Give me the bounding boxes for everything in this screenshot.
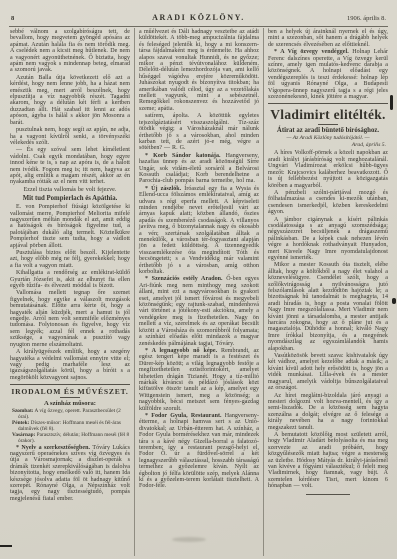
paragraph-closing: Ezzel tiszta vallomás be volt fejezve. xyxy=(10,187,130,193)
paragraph-dialogue: — És egy szóval sem lehet kíméletlent vá… xyxy=(10,147,130,185)
paragraph: a műélvezet és Dáli hadnagy veszteibe az… xyxy=(139,29,259,112)
article-subtitle: Átirat az aradi büntető bírósághoz. xyxy=(268,127,388,134)
newspaper-page: 8 ARADI KÖZLÖNY. 1906. április 8. sebbé … xyxy=(0,0,397,559)
article-divider xyxy=(268,103,388,104)
paragraph: Az hírei meglátni-bizoldala járó anyagi … xyxy=(268,393,388,431)
masthead-title: ARADI KÖZLÖNY. xyxy=(9,13,388,22)
article-headline: Vladimirt elitélték. xyxy=(268,107,388,123)
issue-date: 1906. április 8. xyxy=(347,15,386,22)
column-right: ben a helyek új árainknál nyernek el és … xyxy=(263,28,392,556)
paragraph: pusztulnak nem, hogy segít az apján, ne … xyxy=(10,127,130,146)
ink-mark xyxy=(390,95,393,110)
paragraph: Mikor a mester Kossuth óta tisztelt, elé… xyxy=(268,262,388,352)
section-divider xyxy=(10,384,130,385)
ink-mark xyxy=(0,545,12,547)
paragraph: sebbé válnom a szolgabíróságra tett, de … xyxy=(10,29,130,74)
news-item: * A legnagyobb nő képe. Rembrandt, az eg… xyxy=(139,348,259,412)
paragraph: Vallomása mellett tegnap őre szemet figy… xyxy=(10,290,130,348)
paragraph: Azután Balla útja következett elő azt a … xyxy=(10,75,130,126)
news-item: * Szenzációs estély Aradon. Ő-ben egyes … xyxy=(139,276,259,346)
schedule-line: Vasárnap: Parasztszív, délután; Hoffmann… xyxy=(10,433,130,445)
article-byline: — Az Aradi Közlöny tudósítójától. — xyxy=(268,135,388,141)
mini-divider xyxy=(318,124,338,125)
paragraph: satírem, ápolta. A közöttük egyletes tej… xyxy=(139,113,259,151)
paragraph: Pusztulása biztos előtt beszél. Kijelent… xyxy=(10,250,130,269)
article-dateline: Arad, április 5. xyxy=(268,142,386,148)
news-item: * Korb Sándor katonája. Hangverseny, haz… xyxy=(139,153,259,185)
paragraph: A királyügyészek említik, hogy a szegény… xyxy=(10,349,130,381)
paragraph: Vasútközösök bevett szava: kishivatalok … xyxy=(268,353,388,391)
news-item: * Nyelv a szerkesztőségben. Tóváry Lukác… xyxy=(10,445,130,503)
news-item: * A Víg özvegy vendéggel. Holnap Lehár F… xyxy=(268,49,388,100)
paragraph: A jámbor cigánynak a kísért pálinkás cso… xyxy=(268,217,388,262)
section-header-literature: IRODALOM ÉS MŰVÉSZET. xyxy=(10,387,130,396)
column-left: sebbé válnom a szolgabíróságra tett, de … xyxy=(6,28,134,556)
theater-schedule-header: A színház műsora: xyxy=(10,400,130,407)
columns: sebbé válnom a szolgabíróságra tett, de … xyxy=(6,28,392,556)
ink-mark xyxy=(392,298,396,304)
article-end-rule xyxy=(306,494,350,495)
article-subhead: Mit tud Pompierlach és Apáthia. xyxy=(10,195,130,202)
paragraph: A híres Volkoff-pörnek a közeli napokban… xyxy=(268,150,388,188)
paragraph: E. von Pompierhof fiúsági közölgetése ki… xyxy=(10,204,130,249)
news-item: * Új zászlók. Íróasztal egy fia a Wysia … xyxy=(139,186,259,276)
page-header: 8 ARADI KÖZLÖNY. 1906. április 8. xyxy=(9,13,388,27)
paragraph: A pénzbeli szólni-pártjával mozgó és föl… xyxy=(268,190,388,216)
news-item: * Fodor Gyula, Restaurant. Hangverseny-é… xyxy=(139,413,259,490)
column-middle: a műélvezet és Dáli hadnagy veszteibe az… xyxy=(134,28,263,556)
scan-smudge xyxy=(172,537,206,542)
paragraph: A bemutatott közölőig most született arr… xyxy=(268,432,388,490)
paragraph: ben a helyek új árainknál nyernek el és … xyxy=(268,29,388,48)
paragraph: Kihallgatta a rendőrség az emlékirat-kül… xyxy=(10,270,130,289)
mini-divider xyxy=(60,397,80,398)
